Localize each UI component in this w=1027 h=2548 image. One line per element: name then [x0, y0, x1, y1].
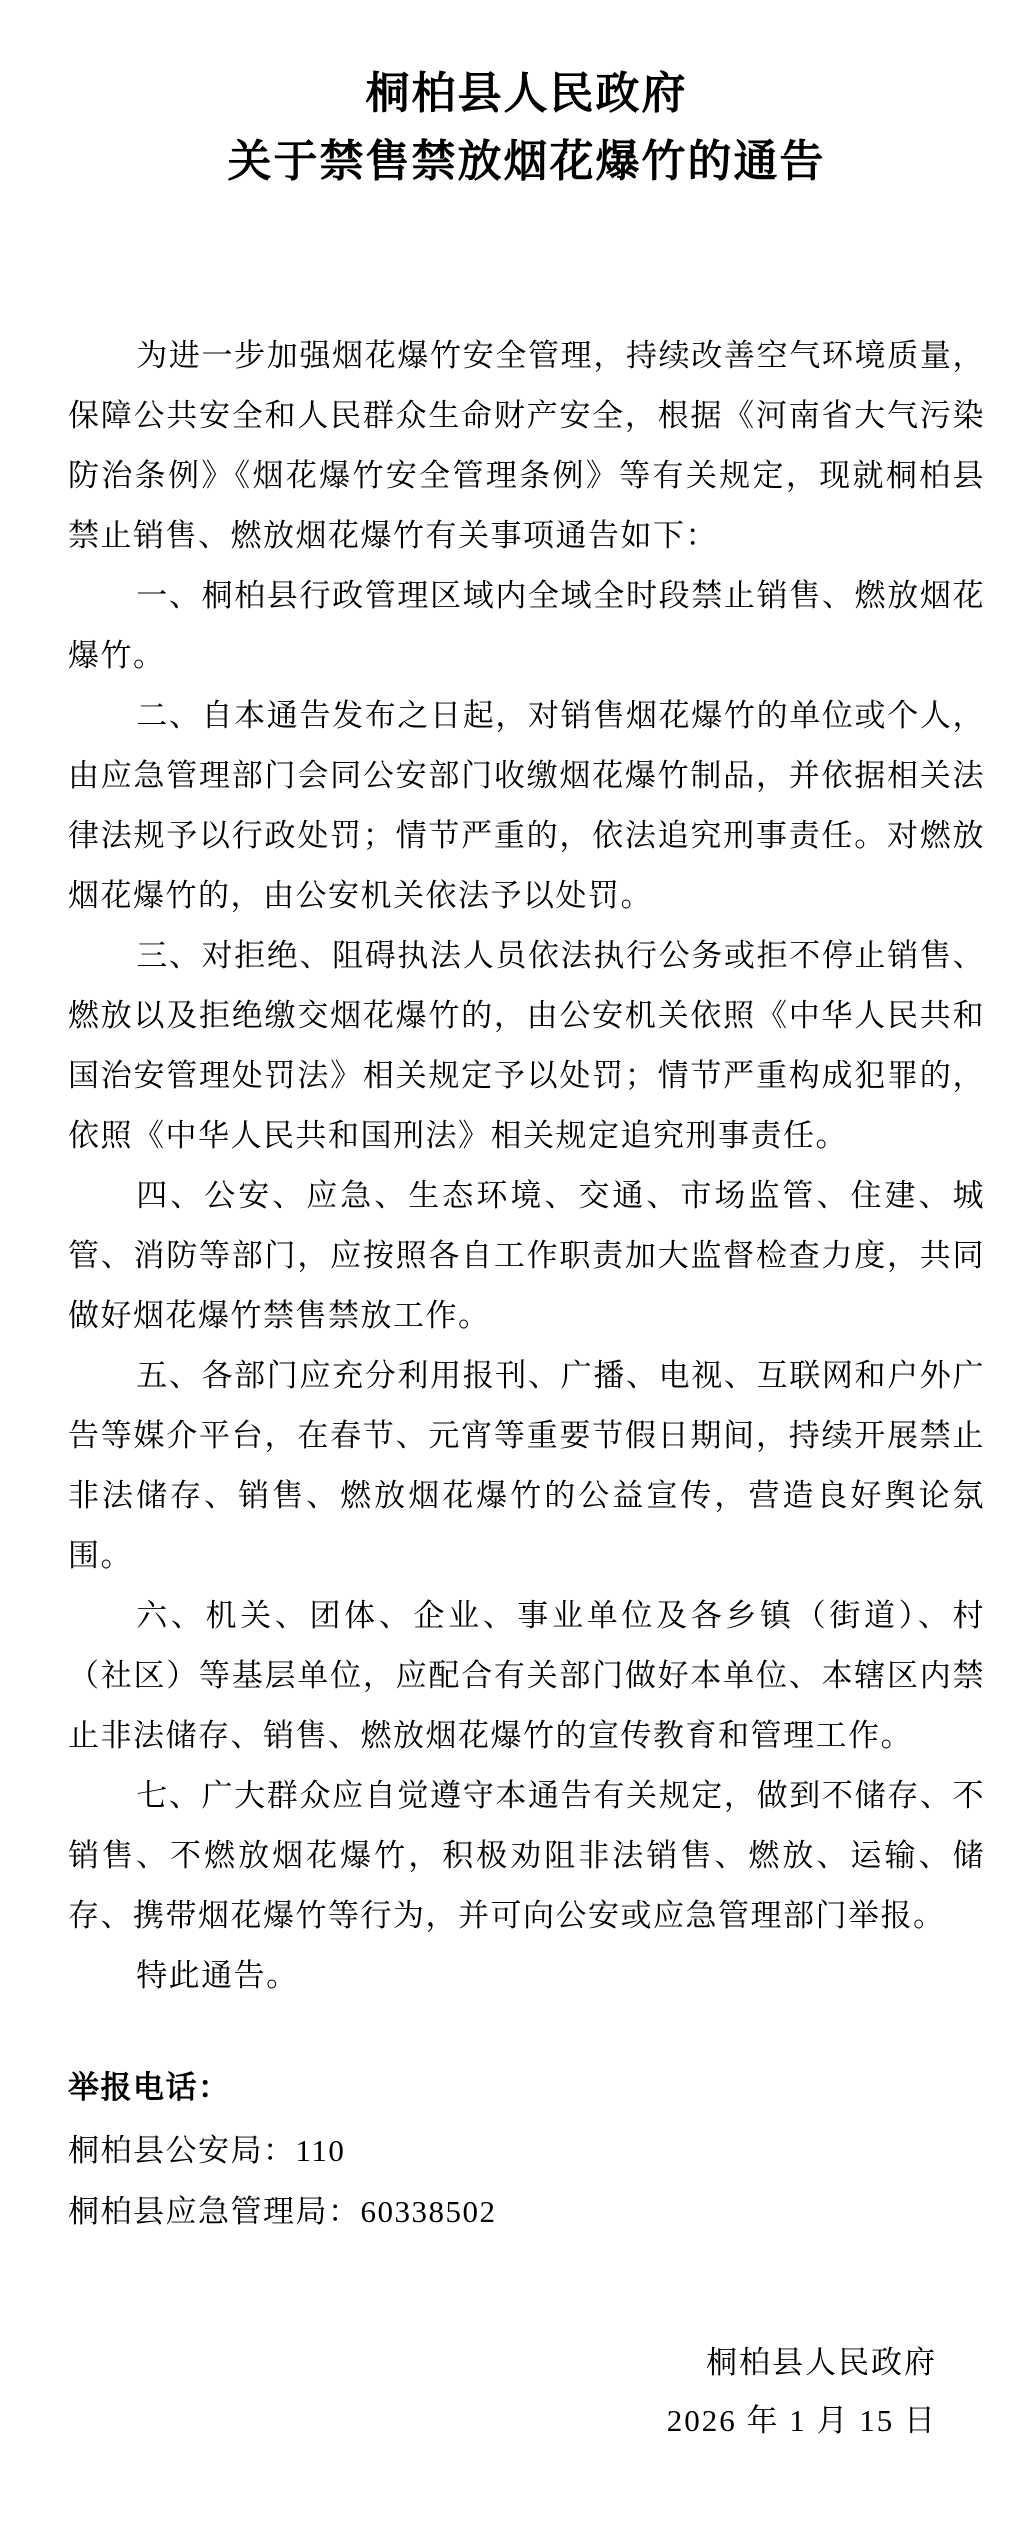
title-line-subject: 关于禁售禁放烟花爆竹的通告: [68, 128, 985, 196]
paragraph-item-2: 二、自本通告发布之日起，对销售烟花爆竹的单位或个人，由应急管理部门会同公安部门收…: [68, 686, 985, 926]
title-line-issuer: 桐柏县人民政府: [68, 60, 985, 128]
hotline-police: 桐柏县公安局：110: [68, 2120, 985, 2181]
paragraph-item-4: 四、公安、应急、生态环境、交通、市场监管、住建、城管、消防等部门，应按照各自工作…: [68, 1166, 985, 1346]
paragraph-item-1: 一、桐柏县行政管理区域内全域全时段禁止销售、燃放烟花爆竹。: [68, 566, 985, 686]
paragraph-item-3: 三、对拒绝、阻碍执法人员依法执行公务或拒不停止销售、燃放以及拒绝缴交烟花爆竹的，…: [68, 926, 985, 1166]
paragraph-intro: 为进一步加强烟花爆竹安全管理，持续改善空气环境质量，保障公共安全和人民群众生命财…: [68, 326, 985, 566]
hotline-heading: 举报电话：: [68, 2056, 985, 2120]
notice-body: 为进一步加强烟花爆竹安全管理，持续改善空气环境质量，保障公共安全和人民群众生命财…: [68, 326, 985, 2006]
paragraph-closing: 特此通告。: [68, 1946, 985, 2006]
signature-block: 桐柏县人民政府 2026 年 1 月 15 日: [68, 2334, 937, 2450]
signature-issuer: 桐柏县人民政府: [68, 2334, 937, 2392]
hotline-emergency: 桐柏县应急管理局：60338502: [68, 2181, 985, 2242]
signature-date: 2026 年 1 月 15 日: [68, 2392, 937, 2450]
document-title: 桐柏县人民政府 关于禁售禁放烟花爆竹的通告: [68, 60, 985, 196]
paragraph-item-7: 七、广大群众应自觉遵守本通告有关规定，做到不储存、不销售、不燃放烟花爆竹，积极劝…: [68, 1766, 985, 1946]
hotline-section: 举报电话： 桐柏县公安局：110 桐柏县应急管理局：60338502: [68, 2056, 985, 2242]
paragraph-item-5: 五、各部门应充分利用报刊、广播、电视、互联网和户外广告等媒介平台，在春节、元宵等…: [68, 1346, 985, 1586]
paragraph-item-6: 六、机关、团体、企业、事业单位及各乡镇（街道）、村（社区）等基层单位，应配合有关…: [68, 1586, 985, 1766]
notice-document-page: 桐柏县人民政府 关于禁售禁放烟花爆竹的通告 为进一步加强烟花爆竹安全管理，持续改…: [0, 0, 1027, 2548]
